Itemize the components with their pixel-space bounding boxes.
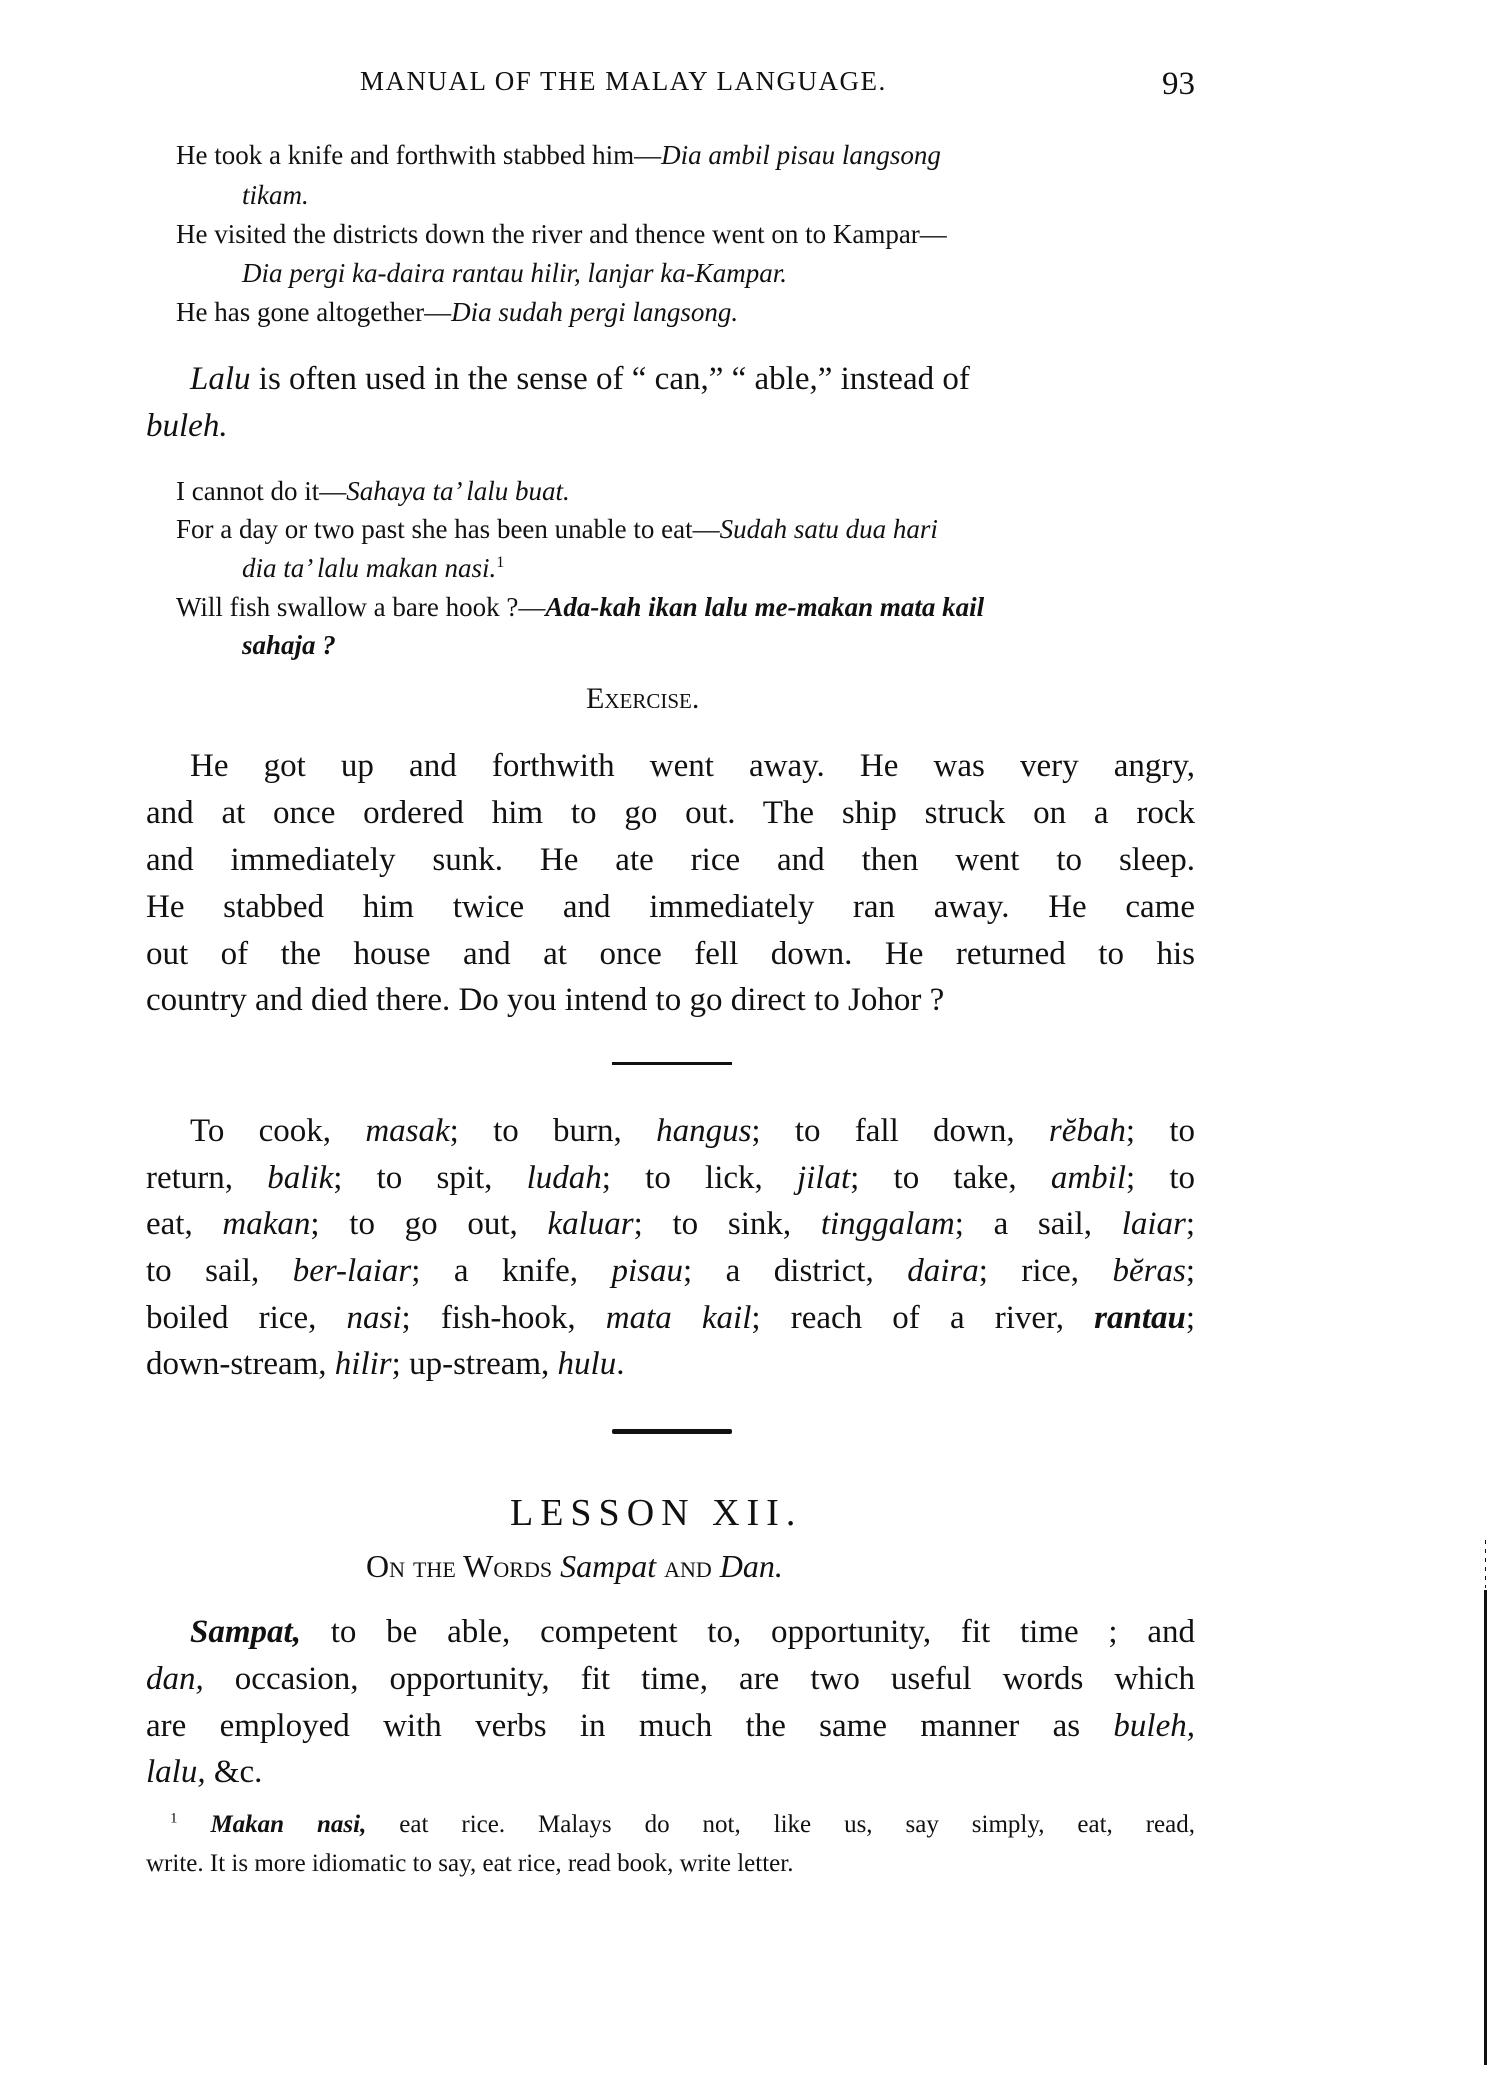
vocab-line: boiled rice, nasi; fish-hook, mata kail;… — [146, 1302, 1195, 1335]
vocab-line: eat, makan; to go out, kaluar; to sink, … — [146, 1208, 1195, 1241]
lesson-para-line: lalu, &c. — [146, 1756, 262, 1789]
subtitle-and: and — [656, 1548, 720, 1584]
vocab-ms: hilir — [335, 1346, 392, 1382]
vocab-ms: rĕbah — [1049, 1113, 1126, 1149]
vocab-ms: rantau — [1094, 1300, 1186, 1336]
term-sampat: Sampat, — [190, 1614, 301, 1650]
vocab-en: a knife — [454, 1253, 570, 1289]
vocab-en: to fall down — [795, 1113, 1007, 1149]
vocab-en: to lick — [645, 1160, 754, 1196]
subtitle-prefix: On the Words — [366, 1548, 560, 1584]
vocab-en: a sail — [994, 1206, 1084, 1242]
example-continuation: tikam. — [242, 182, 309, 209]
vocab-ms: balik — [267, 1160, 333, 1196]
lesson-para-line: dan, occasion, opportunity, fit time, ar… — [146, 1663, 1195, 1696]
vocab-en: to burn — [493, 1113, 613, 1149]
example-malay: Sahaya ta’ lalu buat. — [346, 476, 570, 506]
page-edge-line — [1484, 1590, 1487, 2065]
vocab-ms: ludah — [527, 1160, 602, 1196]
example-line: He visited the districts down the river … — [176, 221, 947, 248]
example-malay: Dia ambil pisau langsong — [661, 140, 941, 170]
example-line: He took a knife and forthwith stabbed hi… — [176, 142, 941, 169]
exercise-line: He got up and forthwith went away. He wa… — [190, 750, 1195, 783]
vocab-en: to take — [894, 1160, 1009, 1196]
exercise-line: and at once ordered him to go out. The s… — [146, 797, 1195, 830]
para-text: &c. — [206, 1754, 263, 1790]
page-number: 93 — [1162, 68, 1195, 101]
lalu-term: Lalu — [190, 361, 251, 397]
page-edge-line-dashed — [1485, 1540, 1486, 1588]
vocab-ms: nasi — [347, 1300, 402, 1336]
para-text: to be able, competent to, opportunity, f… — [301, 1614, 1195, 1650]
example-malay: tikam. — [242, 180, 309, 210]
vocab-ms: pisau — [612, 1253, 684, 1289]
example-english: Will fish swallow a bare hook ?— — [176, 592, 545, 622]
buleh-term: buleh. — [146, 408, 228, 444]
vocab-en: to spit — [377, 1160, 485, 1196]
exercise-line: country and died there. Do you intend to… — [146, 984, 944, 1017]
footnote-line: write. It is more idiomatic to say, eat … — [146, 1851, 793, 1876]
vocab-ms: hulu — [558, 1346, 617, 1382]
vocab-ms: makan — [222, 1206, 310, 1242]
example-continuation: sahaja ? — [242, 632, 336, 659]
lesson-para-line: are employed with verbs in much the same… — [146, 1710, 1195, 1743]
term-lalu: lalu, — [146, 1754, 206, 1790]
example-line: He has gone altogether—Dia sudah pergi l… — [176, 299, 738, 326]
vocab-ms: ber-laiar — [293, 1253, 412, 1289]
term-buleh: buleh, — [1113, 1708, 1195, 1744]
vocab-en: To cook — [190, 1113, 323, 1149]
vocab-en: boiled rice — [146, 1300, 308, 1336]
example-english: He took a knife and forthwith stabbed hi… — [176, 140, 661, 170]
vocab-ms: kaluar — [547, 1206, 633, 1242]
vocab-ms: mata kail — [606, 1300, 752, 1336]
vocab-ms: hangus — [656, 1113, 751, 1149]
footnote-ref[interactable]: 1 — [496, 553, 504, 571]
subtitle-word-dan: Dan. — [720, 1548, 783, 1584]
lalu-paragraph-line: buleh. — [146, 410, 228, 443]
vocab-line: down-stream, hilir; up-stream, hulu. — [146, 1348, 624, 1381]
vocab-en: to go out — [349, 1206, 509, 1242]
example-malay: Dia sudah pergi langsong. — [451, 297, 738, 327]
vocab-line: To cook, masak; to burn, hangus; to fall… — [190, 1115, 1195, 1148]
example-malay: Ada-kah ikan lalu me-makan mata kail — [545, 592, 984, 622]
vocab-line: return, balik; to spit, ludah; to lick, … — [146, 1162, 1195, 1195]
example-line: I cannot do it—Sahaya ta’ lalu buat. — [176, 478, 570, 505]
example-continuation: Dia pergi ka-daira rantau hilir, lanjar … — [242, 260, 787, 287]
lesson-subtitle: On the Words Sampat and Dan. — [366, 1550, 783, 1582]
vocab-en: reach of a river — [791, 1300, 1056, 1336]
footnote-term: Makan nasi, — [210, 1811, 366, 1838]
example-english: He has gone altogether— — [176, 297, 451, 327]
vocab-ms: daira — [907, 1253, 979, 1289]
para-text: occasion, opportunity, fit time, are two… — [204, 1661, 1195, 1697]
vocab-ms: tinggalam — [821, 1206, 955, 1242]
vocab-ms: laiar — [1122, 1206, 1186, 1242]
vocab-en: to sail — [146, 1253, 251, 1289]
vocab-en: a district — [726, 1253, 866, 1289]
exercise-line: He stabbed him twice and immediately ran… — [146, 891, 1195, 924]
exercise-heading: Exercise. — [586, 684, 699, 714]
lesson-title: LESSON XII. — [510, 1494, 802, 1532]
example-malay: Dia pergi ka-daira rantau hilir, lanjar … — [242, 258, 787, 288]
vocab-line: to sail, ber-laiar; a knife, pisau; a di… — [146, 1255, 1195, 1288]
vocab-en: up-stream — [409, 1346, 541, 1382]
example-line: Will fish swallow a bare hook ?—Ada-kah … — [176, 594, 984, 621]
subtitle-word-sampat: Sampat — [560, 1548, 656, 1584]
vocab-ms: ambil — [1051, 1160, 1126, 1196]
section-divider — [612, 1429, 732, 1434]
para-text: are employed with verbs in much the same… — [146, 1708, 1113, 1744]
vocab-ms: bĕras — [1113, 1253, 1186, 1289]
vocab-en: rice — [1021, 1253, 1070, 1289]
example-malay: dia ta’ lalu makan nasi. — [242, 553, 496, 583]
example-english: I cannot do it— — [176, 476, 346, 506]
lalu-paragraph-line: Lalu is often used in the sense of “ can… — [190, 363, 1195, 396]
running-title: MANUAL OF THE MALAY LANGUAGE. — [360, 68, 887, 95]
exercise-line: out of the house and at once fell down. … — [146, 938, 1195, 971]
vocab-en: fish-hook — [441, 1300, 568, 1336]
lalu-text: is often used in the sense of “ can,” “ … — [251, 361, 970, 397]
footnote-text: eat rice. Malays do not, like us, say si… — [366, 1811, 1195, 1838]
example-continuation: dia ta’ lalu makan nasi.1 — [242, 555, 504, 582]
example-malay: Sudah satu dua hari — [720, 514, 938, 544]
vocab-ms: jilat — [797, 1160, 850, 1196]
footnote-marker: 1 — [170, 1811, 178, 1827]
example-line: For a day or two past she has been unabl… — [176, 516, 938, 543]
vocab-en: down-stream — [146, 1346, 318, 1382]
footnote-line: 1 Makan nasi, eat rice. Malays do not, l… — [170, 1812, 1195, 1837]
vocab-en: to sink — [673, 1206, 783, 1242]
example-english: He visited the districts down the river … — [176, 219, 947, 249]
example-english: For a day or two past she has been unabl… — [176, 514, 720, 544]
example-malay: sahaja ? — [242, 630, 336, 660]
exercise-line: and immediately sunk. He ate rice and th… — [146, 844, 1195, 877]
term-dan: dan, — [146, 1661, 204, 1697]
lesson-para-line: Sampat, to be able, competent to, opport… — [190, 1616, 1195, 1649]
vocab-ms: masak — [365, 1113, 449, 1149]
section-divider — [612, 1062, 732, 1065]
